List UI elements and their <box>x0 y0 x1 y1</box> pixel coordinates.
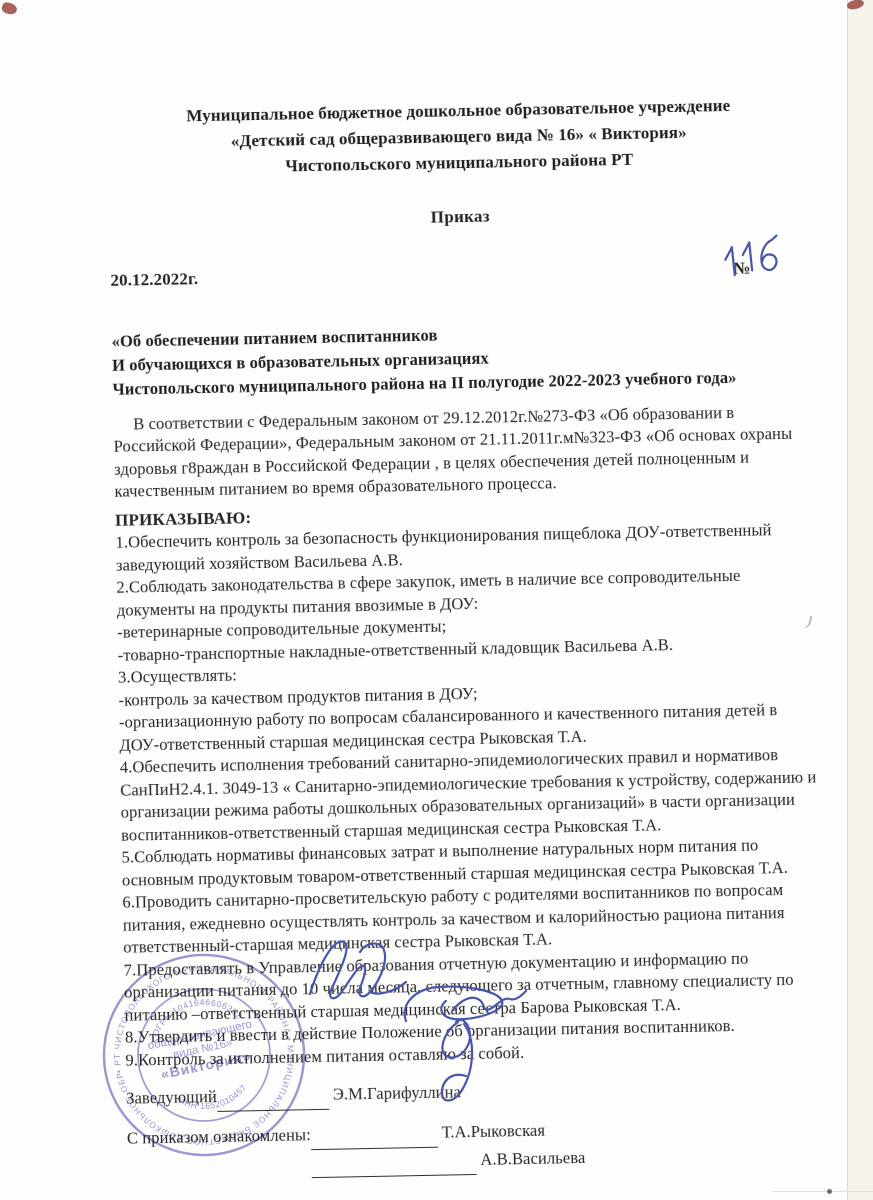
page-bottom-edge <box>772 1191 873 1192</box>
signature-name: А.В.Васильева <box>476 1147 585 1172</box>
doc-type-title: Приказ <box>109 199 811 235</box>
signature-scribble-vasileva <box>428 1012 500 1110</box>
doc-date: 20.12.2022г. <box>110 268 198 292</box>
subject-block: «Об обеспечении питанием воспитанников И… <box>111 316 814 401</box>
stamp-inn-arc: ИНН 1652010457 <box>175 1081 251 1117</box>
preamble-paragraph: В соответствии с Федеральным законом от … <box>113 400 817 503</box>
official-stamp: • РТ ЧИСТОПОЛЬСКОГО МУНИЦИПАЛЬНОГО РАЙОН… <box>77 928 331 1182</box>
corner-artifact-left <box>1 1 18 15</box>
scan-speck <box>827 1189 832 1194</box>
scanned-document: { "doc": { "header_lines": [ "Муниципаль… <box>0 0 873 1200</box>
date-number-row: 20.12.2022г. № <box>110 256 812 295</box>
page-edge <box>847 0 873 1200</box>
order-item: 4.Обеспечить исполнения требований санит… <box>120 743 824 846</box>
signature-name: Т.А.Рыковская <box>438 1120 546 1145</box>
organization-header: Муниципальное бюджетное дошкольное образ… <box>107 91 810 182</box>
document-page: Муниципальное бюджетное дошкольное образ… <box>0 0 873 1200</box>
signature-line <box>311 1149 476 1178</box>
